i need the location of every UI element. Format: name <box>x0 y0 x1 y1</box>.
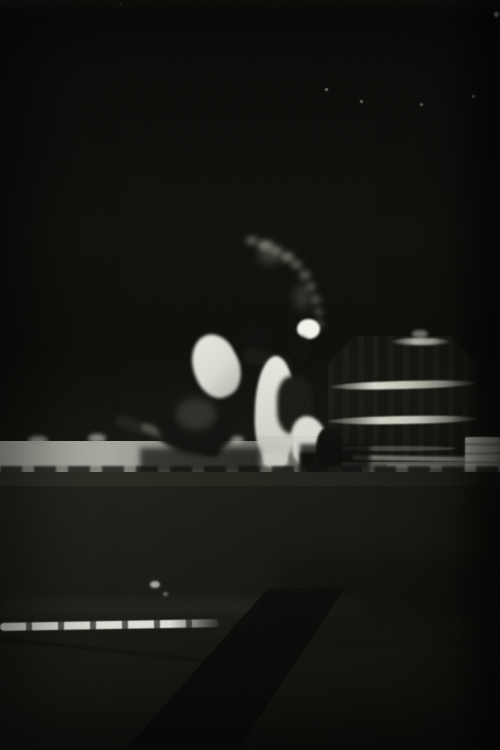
light-speck <box>420 103 423 106</box>
road-debris-highlight <box>163 592 168 596</box>
leaf-highlight <box>311 295 321 304</box>
light-speck <box>494 12 499 17</box>
curb-edge-highlight <box>88 434 106 443</box>
barrel-top-rim <box>392 338 450 345</box>
leaf-highlight <box>306 282 316 291</box>
leaf-highlight <box>314 308 323 316</box>
light-speck <box>325 88 328 91</box>
leaf-highlight <box>299 270 311 280</box>
photo-stage <box>0 0 500 750</box>
leaf-highlight <box>246 236 258 245</box>
figure-head <box>287 336 311 362</box>
film-frame-top-edge <box>0 0 500 6</box>
barrel-top-highlight <box>412 330 428 338</box>
light-speck <box>120 3 122 5</box>
leaf-highlight <box>291 260 302 269</box>
light-speck <box>360 100 363 103</box>
light-speck <box>472 95 475 98</box>
road-debris-highlight <box>150 581 160 588</box>
leaf-highlight <box>270 246 282 255</box>
curb-edge-highlight <box>28 436 48 445</box>
worker-thigh-highlight <box>176 398 216 430</box>
lane-line-fadeout <box>170 616 230 634</box>
